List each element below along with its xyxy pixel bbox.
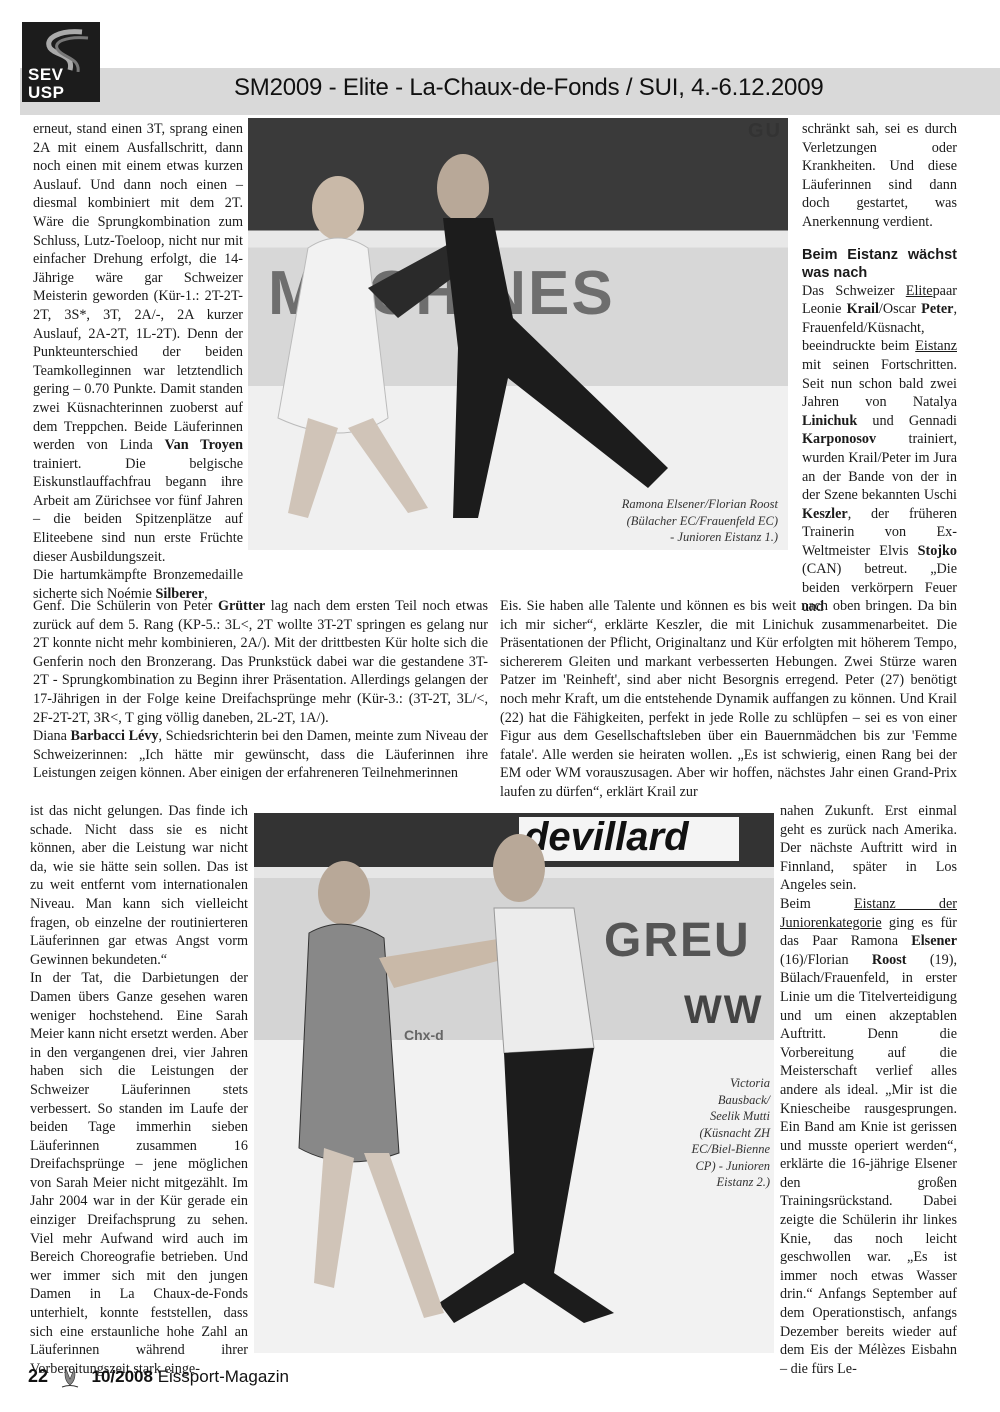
paragraph: erneut, stand einen 3T, sprang einen 2A … xyxy=(33,120,243,566)
page-footer: 22 10/2008 Eissport-Magazin xyxy=(28,1366,289,1389)
paragraph: In der Tat, die Darbietungen der Damen ü… xyxy=(30,969,248,1378)
page-number: 22 xyxy=(28,1366,48,1386)
skaters-silhouette-icon xyxy=(248,118,788,550)
sev-usp-logo: SEV USP xyxy=(22,22,100,102)
photo-ice-dance-elsener-roost: MACHINES GU Ramona Elsener/Florian Roost… xyxy=(248,118,788,550)
section-heading: Beim Eistanz wächst was nach xyxy=(802,246,957,282)
photo-caption-2: Victoria Bausback/ Seelik Mutti (Küsnach… xyxy=(660,1075,770,1191)
photo-ice-dance-bausback-mutti: devillard GREU WW Chx-d Victoria Bausbac… xyxy=(254,813,774,1353)
column-left-top: erneut, stand einen 3T, sprang einen 2A … xyxy=(33,120,243,603)
paragraph: Genf. Die Schülerin von Peter Grütter la… xyxy=(33,597,488,727)
column-right-top: schränkt sah, sei es durch Verletzungen … xyxy=(802,120,957,616)
paragraph: schränkt sah, sei es durch Verletzungen … xyxy=(802,120,957,232)
column-wide-left: Genf. Die Schülerin von Peter Grütter la… xyxy=(33,597,488,783)
paragraph: nahen Zukunft. Erst einmal geht es zurüc… xyxy=(780,802,957,895)
paragraph: Diana Barbacci Lévy, Schiedsrichterin be… xyxy=(33,727,488,783)
paragraph: Das Schweizer Elitepaar Leonie Krail/Osc… xyxy=(802,282,957,617)
photo-caption-1: Ramona Elsener/Florian Roost (Bülacher E… xyxy=(568,496,778,546)
logo-text-sev: SEV xyxy=(28,66,64,84)
paragraph: Eis. Sie haben alle Talente und können e… xyxy=(500,597,957,802)
issue-number: 10/2008 xyxy=(92,1367,153,1386)
column-left-bottom: ist das nicht gelungen. Das finde ich sc… xyxy=(30,802,248,1378)
page-title: SM2009 - Elite - La-Chaux-de-Fonds / SUI… xyxy=(234,74,824,102)
bird-logo-icon xyxy=(59,1367,81,1389)
paragraph: ist das nicht gelungen. Das finde ich sc… xyxy=(30,802,248,969)
column-right-bottom: nahen Zukunft. Erst einmal geht es zurüc… xyxy=(780,802,957,1378)
logo-text-usp: USP xyxy=(28,84,64,102)
column-wide-right: Eis. Sie haben alle Talente und können e… xyxy=(500,597,957,802)
paragraph: Beim Eistanz der Juniorenkategorie ging … xyxy=(780,895,957,1378)
magazine-name: Eissport-Magazin xyxy=(158,1367,289,1386)
